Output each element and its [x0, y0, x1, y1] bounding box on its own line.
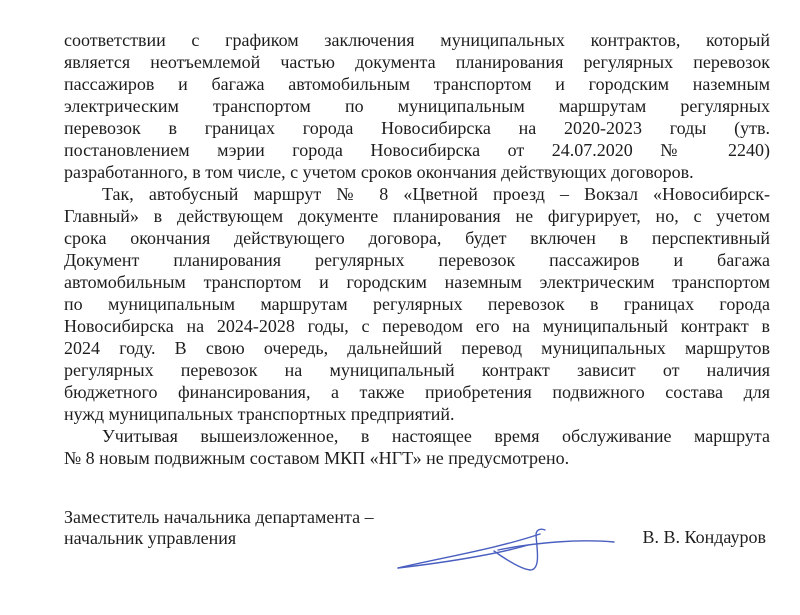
text-line: Документ планирования регулярных перевоз…: [64, 249, 770, 271]
text-line: Главный» в действующем документе планиро…: [64, 205, 770, 227]
text-line: нужд муниципальных транспортных предприя…: [64, 403, 770, 425]
text-line: бюджетного финансирования, а также приоб…: [64, 381, 770, 403]
handwritten-signature: [390, 523, 622, 581]
text-line: срока окончания действующего договора, б…: [64, 227, 770, 249]
text-line: по муниципальным маршрутам регулярных пе…: [64, 293, 770, 315]
text-line: Учитывая вышеизложенное, в настоящее вре…: [64, 425, 770, 447]
text-line: постановлением мэрии города Новосибирска…: [64, 139, 770, 161]
text-line: Новосибирска на 2024-2028 годы, с перево…: [64, 315, 770, 337]
text-line: пассажиров и багажа автомобильным трансп…: [64, 73, 770, 95]
letter-body: соответствии с графиком заключения муниц…: [64, 29, 770, 469]
text-line: Так, автобусный маршрут № 8 «Цветной про…: [64, 183, 770, 205]
text-line: электрическим транспортом по муниципальн…: [64, 95, 770, 117]
text-line: № 8 новым подвижным составом МКП «НГТ» н…: [64, 447, 770, 469]
scanned-letter-page: соответствии с графиком заключения муниц…: [0, 0, 800, 615]
text-line: соответствии с графиком заключения муниц…: [64, 29, 770, 51]
text-line: автомобильным транспортом и городским на…: [64, 271, 770, 293]
signature-strokes: [398, 529, 614, 570]
text-line: перевозок в границах города Новосибирска…: [64, 117, 770, 139]
text-line: 2024 году. В свою очередь, дальнейший пе…: [64, 337, 770, 359]
signatory-name: В. В. Кондауров: [643, 526, 767, 548]
text-line: разработанного, в том числе, с учетом ср…: [64, 161, 770, 183]
text-line: регулярных перевозок на муниципальный ко…: [64, 359, 770, 381]
text-line: является неотъемлемой частью документа п…: [64, 51, 770, 73]
